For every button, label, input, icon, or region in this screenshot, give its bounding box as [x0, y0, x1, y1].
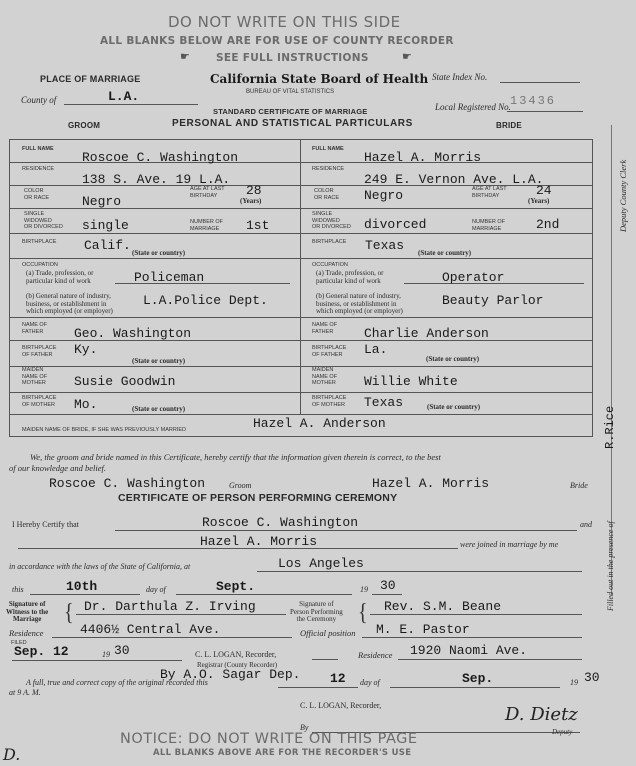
local-registered-label: Local Registered No. [435, 102, 511, 112]
ceremony-groom-name: Roscoe C. Washington [202, 515, 358, 530]
state-or-country-hint: (State or country) [426, 355, 479, 363]
ceremony-heading: CERTIFICATE OF PERSON PERFORMING CEREMON… [118, 492, 397, 504]
bride-number-marriage-label: NUMBER OFMARRIAGE [472, 219, 505, 232]
bride-mother-birthplace: Texas [364, 395, 403, 410]
see-instructions: SEE FULL INSTRUCTIONS [216, 52, 369, 64]
groom-heading: GROOM [68, 121, 100, 130]
bride-occ-industry-label: (b) General nature of industry,business,… [316, 293, 403, 316]
filled-out-presence-label: Filled out in the presence of [606, 521, 615, 611]
bride-occ-trade-label: (a) Trade, profession, orparticular kind… [316, 270, 383, 285]
brace: { [358, 600, 368, 628]
groom-marital-label: SINGLEWIDOWEDOR DIVORCED [24, 211, 63, 231]
state-or-country-hint: (State or country) [132, 405, 185, 413]
local-registered-line [507, 111, 583, 112]
recorder-name: C. L. LOGAN, Recorder, [195, 650, 276, 659]
bride-number-of-marriage: 2nd [536, 217, 559, 232]
day-of-label: day of [146, 585, 166, 594]
bride-birthplace: Texas [365, 238, 404, 253]
official-position: M. E. Pastor [376, 622, 470, 637]
marriage-place: Los Angeles [278, 556, 364, 571]
bride-father-birthplace: La. [364, 342, 387, 357]
bureau-label: BUREAU OF VITAL STATISTICS [246, 89, 334, 96]
bride-maiden-name: Hazel A. Anderson [253, 416, 386, 431]
county-label: County of [21, 95, 56, 105]
groom-age-label: AGE AT LASTBIRTHDAY [190, 186, 225, 199]
copy-day: 12 [330, 671, 346, 686]
certification-statement-cont: of our knowledge and belief. [9, 463, 106, 473]
groom-marital-status: single [82, 218, 129, 233]
groom-bp-mother-label: BIRTHPLACEOF MOTHER [22, 395, 56, 408]
groom-birthplace: Calif. [84, 238, 131, 253]
pointing-hand-icon: ☛ [180, 50, 190, 63]
copy-month: Sep. [462, 671, 493, 686]
performer-name: Rev. S.M. Beane [384, 599, 501, 614]
groom-father-birthplace: Ky. [74, 342, 97, 357]
witness-residence: 4406½ Central Ave. [80, 622, 220, 637]
copy-day-of-label: day of [360, 678, 380, 687]
bride-color-label: COLOROR RACE [314, 188, 339, 201]
witness-name: Dr. Darthula Z. Irving [84, 599, 256, 614]
filed-year: 30 [114, 643, 130, 658]
all-blanks-notice: ALL BLANKS BELOW ARE FOR USE OF COUNTY R… [100, 35, 454, 47]
bride-bp-mother-label: BIRTHPLACEOF MOTHER [312, 395, 346, 408]
state-index-label: State Index No. [432, 72, 487, 82]
bride-father-label: NAME OFFATHER [312, 322, 337, 335]
do-not-write-heading: DO NOT WRITE ON THIS SIDE [168, 13, 401, 31]
groom-residence-label: RESIDENCE [22, 166, 54, 173]
bride-residence: 249 E. Vernon Ave. L.A. [364, 172, 543, 187]
filed-date: Sep. 12 [14, 644, 69, 659]
deputy-signature: D. Dietz [505, 704, 578, 725]
maiden-name-bride-label: MAIDEN NAME OF BRIDE, IF SHE WAS PREVIOU… [22, 427, 186, 434]
groom-residence: 138 S. Ave. 19 L.A. [82, 172, 230, 187]
copy-statement: A full, true and correct copy of the ori… [26, 678, 208, 687]
groom-occupation-label: OCCUPATION [22, 262, 58, 269]
groom-father-label: NAME OFFATHER [22, 322, 47, 335]
this-label: this [12, 585, 24, 594]
county-field-line [64, 104, 198, 105]
marriage-month: Sept. [216, 579, 255, 594]
groom-full-name: Roscoe C. Washington [82, 150, 238, 165]
bride-signature: Hazel A. Morris [372, 476, 489, 491]
bride-color-race: Negro [364, 188, 403, 203]
column-divider [300, 139, 301, 414]
bride-age-label: AGE AT LASTBIRTHDAY [472, 186, 507, 199]
all-blanks-above: ALL BLANKS ABOVE ARE FOR THE RECORDER'S … [153, 748, 411, 758]
state-or-country-hint: (State or country) [132, 357, 185, 365]
official-position-label: Official position [300, 628, 356, 638]
copy-recorder: C. L. LOGAN, Recorder, [300, 701, 381, 710]
standard-certificate-label: STANDARD CERTIFICATE OF MARRIAGE [213, 107, 367, 116]
groom-signature: Roscoe C. Washington [49, 476, 205, 491]
groom-number-marriage-label: NUMBER OFMARRIAGE [190, 219, 223, 232]
board-of-health-title: California State Board of Health [210, 72, 428, 86]
bride-occupation-industry: Beauty Parlor [442, 293, 543, 308]
ceremony-bride-name: Hazel A. Morris [200, 534, 317, 549]
copy-year: 30 [584, 670, 600, 685]
presence-name: R.Rice [603, 406, 617, 449]
bride-marital-status: divorced [364, 217, 426, 232]
bride-age: 24 [536, 183, 552, 198]
groom-age: 28 [246, 183, 262, 198]
marriage-day: 10th [66, 579, 97, 594]
filed-year-prefix: 19 [102, 650, 110, 659]
bride-residence-label: RESIDENCE [312, 166, 344, 173]
pointing-hand-icon: ☛ [402, 50, 412, 63]
bride-occupation-label: OCCUPATION [312, 262, 348, 269]
groom-signature-label: Groom [229, 481, 251, 490]
place-of-marriage-label: PLACE OF MARRIAGE [40, 74, 140, 84]
groom-mother-birthplace: Mo. [74, 397, 97, 412]
groom-occ-industry-label: (b) General nature of industry,business,… [26, 293, 113, 316]
marriage-year: 30 [380, 578, 396, 593]
notice-heading: NOTICE: DO NOT WRITE ON THIS PAGE [120, 731, 418, 747]
state-or-country-hint: (State or country) [427, 403, 480, 411]
groom-full-name-label: FULL NAME [22, 146, 54, 153]
groom-occ-trade-label: (a) Trade, profession, orparticular kind… [26, 270, 93, 285]
certification-statement: We, the groom and bride named in this Ce… [30, 452, 441, 462]
witness-residence-label: Residence [9, 628, 43, 638]
brace: { [64, 600, 74, 628]
groom-occupation-trade: Policeman [134, 270, 204, 285]
bride-signature-label: Bride [570, 481, 588, 490]
local-registered-number: 13436 [510, 94, 556, 108]
county-value: L.A. [108, 89, 139, 104]
copy-time: at 9 A. M. [9, 688, 41, 697]
year-prefix: 19 [360, 585, 368, 594]
groom-number-of-marriage: 1st [246, 218, 269, 233]
bride-full-name: Hazel A. Morris [364, 150, 481, 165]
bride-mother-maiden-label: MAIDENNAME OFMOTHER [312, 367, 337, 387]
initial-mark: D. [3, 745, 20, 764]
and-label: and [580, 520, 592, 529]
particulars-heading: PERSONAL AND STATISTICAL PARTICULARS [172, 118, 413, 129]
groom-color-label: COLOROR RACE [24, 188, 49, 201]
bride-birthplace-label: BIRTHPLACE [312, 239, 346, 246]
performer-signature-label: Signature ofPerson Performingthe Ceremon… [290, 601, 343, 624]
state-or-country-hint: (State or country) [418, 249, 471, 257]
deputy-county-clerk-label: Deputy County Clerk [618, 160, 628, 232]
groom-father-name: Geo. Washington [74, 326, 191, 341]
state-index-field [500, 82, 580, 83]
marriage-certificate: DO NOT WRITE ON THIS SIDE ALL BLANKS BEL… [0, 0, 636, 766]
witness-signature-label: Signature ofWitness to theMarriage [6, 601, 48, 624]
state-or-country-hint: (State or country) [132, 249, 185, 257]
groom-mother-maiden-name: Susie Goodwin [74, 374, 175, 389]
in-accordance-label: in accordance with the laws of the State… [9, 562, 190, 571]
deputy-label: Deputy [552, 728, 572, 736]
groom-mother-maiden-label: MAIDENNAME OFMOTHER [22, 367, 47, 387]
groom-bp-father-label: BIRTHPLACEOF FATHER [22, 345, 56, 358]
bride-years-label: (Years) [528, 197, 549, 205]
bride-full-name-label: FULL NAME [312, 146, 344, 153]
groom-birthplace-label: BIRTHPLACE [22, 239, 56, 246]
hereby-certify-label: I Hereby Certify that [12, 520, 79, 529]
groom-color-race: Negro [82, 194, 121, 209]
bride-occupation-trade: Operator [442, 270, 504, 285]
performer-residence: 1920 Naomi Ave. [410, 643, 527, 658]
bride-bp-father-label: BIRTHPLACEOF FATHER [312, 345, 346, 358]
performer-residence-label: Residence [358, 650, 392, 660]
bride-heading: BRIDE [496, 121, 522, 130]
copy-year-prefix: 19 [570, 678, 578, 687]
groom-years-label: (Years) [240, 197, 261, 205]
bride-mother-maiden-name: Willie White [364, 374, 458, 389]
joined-label: were joined in marriage by me [460, 540, 558, 549]
bride-marital-label: SINGLEWIDOWEDOR DIVORCED [312, 211, 351, 231]
groom-occupation-industry: L.A.Police Dept. [143, 293, 268, 308]
bride-father-name: Charlie Anderson [364, 326, 489, 341]
